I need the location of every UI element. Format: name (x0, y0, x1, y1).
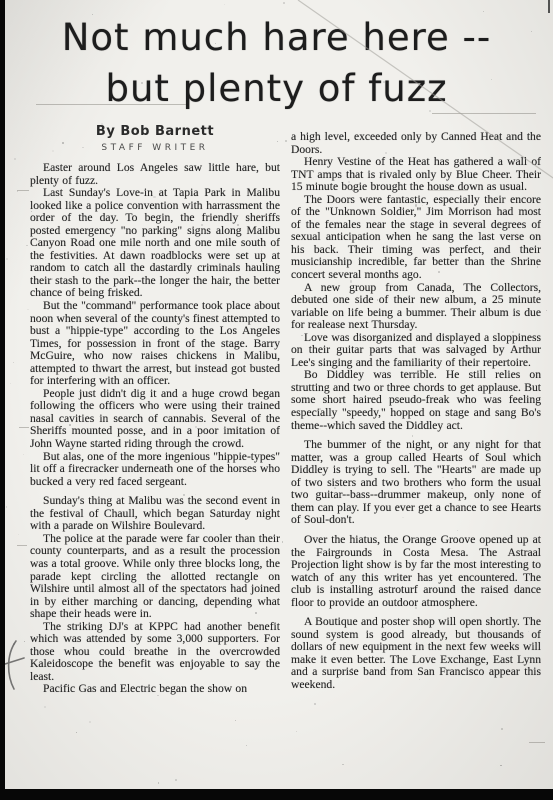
rule-artifact (529, 742, 545, 743)
article-column-left: Easter around Los Angeles saw little har… (30, 162, 280, 784)
headline-line-1: Not much hare here -- (0, 12, 553, 63)
rule-artifact (432, 113, 536, 114)
article-paragraph: But the "command" performance took place… (30, 300, 280, 388)
byline-block: By Bob Barnett STAFF WRITER (30, 124, 280, 153)
byline-role: STAFF WRITER (30, 143, 280, 153)
article-paragraph: Pacific Gas and Electric began the show … (30, 683, 280, 696)
newspaper-scan-page: Not much hare here -- but plenty of fuzz… (0, 0, 553, 800)
article-paragraph: Love was disorganized and displayed a sl… (291, 332, 541, 370)
scan-edge-bottom (0, 789, 553, 800)
article-paragraph: Sunday's thing at Malibu was the second … (30, 495, 280, 533)
article-paragraph: People just didn't dig it and a huge cro… (30, 388, 280, 451)
article-paragraph: A new group from Canada, The Collectors,… (291, 282, 541, 332)
rule-artifact (17, 190, 29, 191)
rule-artifact (19, 427, 29, 428)
pen-mark (5, 641, 24, 689)
scan-edge-left (0, 0, 5, 800)
article-paragraph: But alas, one of the more ingenious "hip… (30, 451, 280, 489)
rule-artifact (36, 104, 186, 105)
article-column-right: a high level, exceeded only by Canned He… (291, 131, 541, 786)
article-paragraph: Henry Vestine of the Heat has gathered a… (291, 156, 541, 194)
article-paragraph: The bummer of the night, or any night fo… (291, 439, 541, 527)
article-paragraph: Bo Diddley was terrible. He still relies… (291, 369, 541, 432)
article-headline: Not much hare here -- but plenty of fuzz (0, 12, 553, 114)
rule-artifact (428, 190, 468, 191)
byline: By Bob Barnett (30, 124, 280, 139)
article-paragraph: A Boutique and poster shop will open sho… (291, 616, 541, 691)
article-paragraph: Easter around Los Angeles saw little har… (30, 162, 280, 187)
rule-artifact (17, 545, 27, 546)
article-paragraph: Over the hiatus, the Orange Groove opene… (291, 534, 541, 609)
headline-line-2: but plenty of fuzz (0, 63, 553, 114)
article-paragraph: Last Sunday's Love-in at Tapia Park in M… (30, 187, 280, 300)
article-paragraph: The striking DJ's at KPPC had another be… (30, 621, 280, 684)
article-paragraph: The Doors were fantastic, especially the… (291, 194, 541, 282)
article-paragraph: The police at the parade were far cooler… (30, 533, 280, 621)
article-paragraph: a high level, exceeded only by Canned He… (291, 131, 541, 156)
